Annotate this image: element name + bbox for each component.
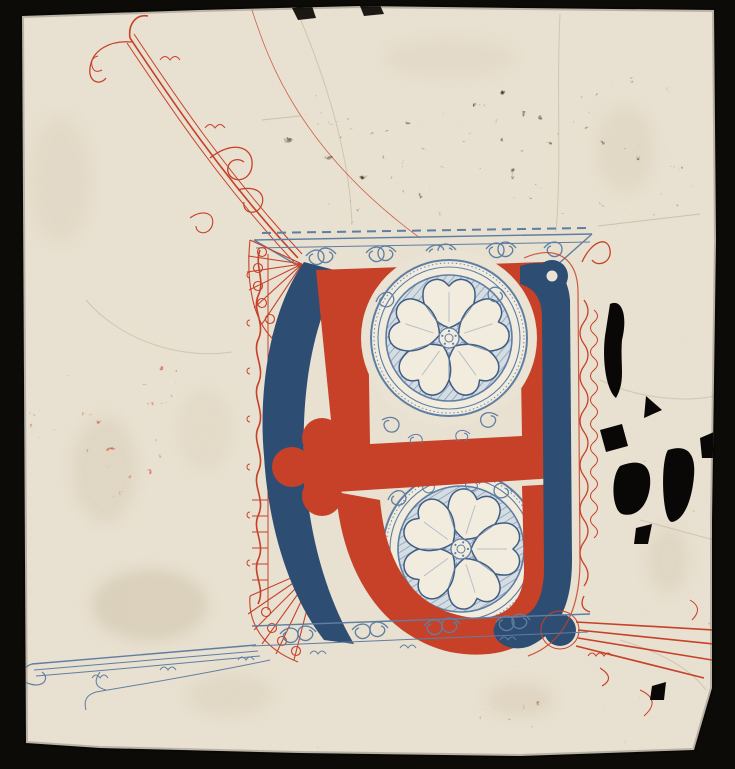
top-rose-medallion <box>371 260 527 416</box>
blue-ball-terminal <box>544 614 576 646</box>
manuscript-photograph <box>0 0 735 769</box>
manuscript-photo-svg <box>0 0 735 769</box>
